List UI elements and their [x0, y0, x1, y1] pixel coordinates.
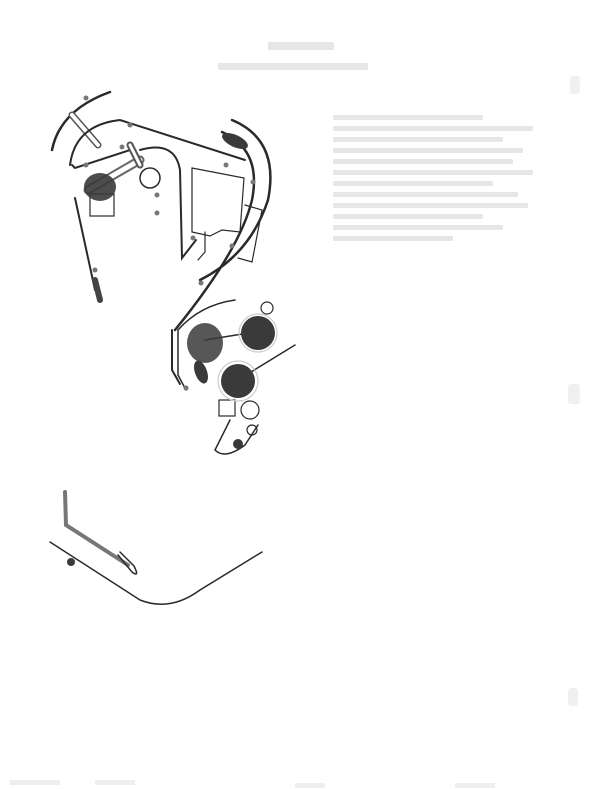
footer-smudge — [455, 783, 495, 788]
footer-smudge — [10, 780, 60, 785]
footer-smudge — [95, 780, 135, 785]
footer-smudge — [295, 783, 325, 788]
patent-drawing — [0, 0, 604, 789]
